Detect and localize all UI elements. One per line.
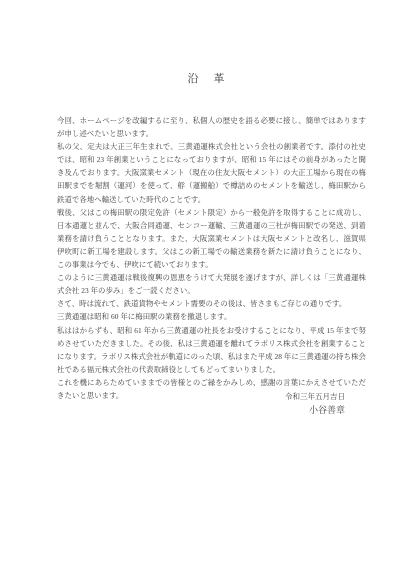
paragraph-withdrawal: 三黄通運は昭和 60 年に梅田駅の業務を撤退します。 (57, 310, 366, 323)
paragraph-history-book: このように三黄通運は戦後復興の恩恵をうけて大発展を遂げますが、詳しくは「三黄通運… (57, 271, 366, 297)
author-name: 小谷善章 (57, 404, 345, 417)
document-body: 今回、ホームページを改編するに至り、私個人の歴史を語る必要に接し、簡単ではありま… (57, 114, 366, 402)
paragraph-founding: 私の父、定夫は大正三年生まれで、三黄通運株式会社という会社の創業者です。添付の社… (57, 140, 366, 205)
document-page: 沿 革 今回、ホームページを改編するに至り、私個人の歴史を語る必要に接し、簡単で… (0, 0, 414, 585)
page-title: 沿 革 (0, 70, 414, 86)
paragraph-postwar: 戦後、父はこの梅田駅の限定免許（セメント限定）から一般免許を取得することに成功し… (57, 206, 366, 271)
paragraph-presidency: 私ははからずも、昭和 61 年から三黄通運の社長をお受けすることになり、平成 1… (57, 324, 366, 376)
paragraph-intro: 今回、ホームページを改編するに至り、私個人の歴史を語る必要に接し、簡単ではありま… (57, 114, 366, 140)
signature-block: 令和三年五月吉日 小谷善章 (57, 390, 345, 417)
date-line: 令和三年五月吉日 (57, 390, 345, 403)
paragraph-time-passes: さて、時は流れて、鉄道貨物やセメント需要のその後は、皆さまもご存じの通りです。 (57, 297, 366, 310)
